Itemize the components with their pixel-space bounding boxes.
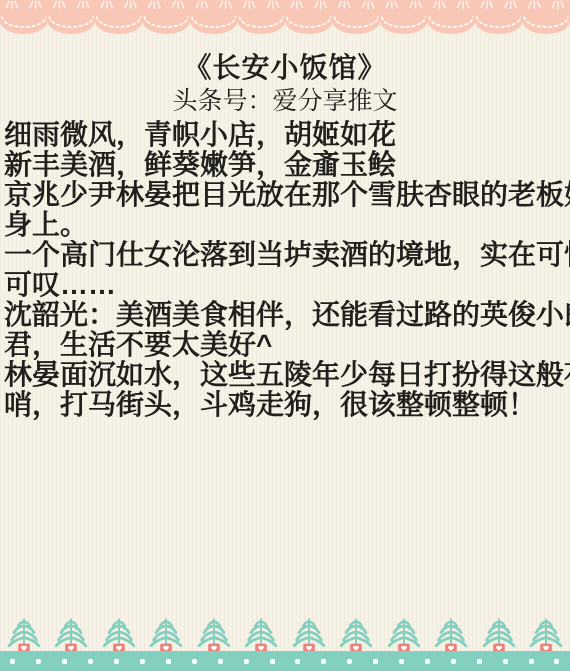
band-dot — [451, 659, 456, 664]
pine-tree-icon — [146, 616, 186, 654]
body-line: 哨，打马街头，斗鸡走狗，很该整顿整顿！ — [4, 390, 570, 420]
band-dot — [192, 659, 197, 664]
body-line: 沈韶光：美酒美食相伴，还能看过路的英俊小郎 — [4, 300, 570, 330]
body-text: 细雨微风，青帜小店，胡姬如花新丰美酒，鲜葵嫩笋，金齑玉鲙京兆少尹林晏把目光放在那… — [4, 120, 570, 420]
pine-tree-icon — [431, 616, 471, 654]
body-line: 一个高门仕女沦落到当垆卖酒的境地，实在可怜 — [4, 240, 570, 270]
header: 《长安小饭馆》 头条号：爱分享推文 — [0, 51, 570, 117]
pine-tree-icon — [194, 616, 234, 654]
band-dot — [321, 659, 326, 664]
pine-tree-icon — [479, 616, 519, 654]
poster-page: 《长安小饭馆》 头条号：爱分享推文 细雨微风，青帜小店，胡姬如花新丰美酒，鲜葵嫩… — [0, 0, 570, 671]
body-line: 可叹…… — [4, 270, 570, 300]
band-dot — [36, 659, 41, 664]
pine-tree-icon — [241, 616, 281, 654]
body-line: 细雨微风，青帜小店，胡姬如花 — [4, 120, 570, 150]
body-line: 身上。 — [4, 210, 570, 240]
band-dot — [295, 659, 300, 664]
pine-tree-icon — [289, 616, 329, 654]
band-dot — [114, 659, 119, 664]
band-dot — [554, 659, 559, 664]
body-line: 君，生活不要太美好^ — [4, 330, 570, 360]
band-dot — [425, 659, 430, 664]
body-line: 新丰美酒，鲜葵嫩笋，金齑玉鲙 — [4, 150, 570, 180]
band-dot — [62, 659, 67, 664]
pine-tree-icon — [384, 616, 424, 654]
pine-tree-icon — [99, 616, 139, 654]
band-dot — [88, 659, 93, 664]
book-title: 《长安小饭馆》 — [0, 51, 570, 85]
band-dot — [503, 659, 508, 664]
band-dot — [347, 659, 352, 664]
pine-tree-icon — [526, 616, 566, 654]
lace-border-icon — [0, 0, 570, 42]
tree-border — [0, 616, 570, 654]
pine-tree-icon — [51, 616, 91, 654]
band-dot — [529, 659, 534, 664]
band-dot — [10, 659, 15, 664]
band-dot — [244, 659, 249, 664]
pine-tree-icon — [336, 616, 376, 654]
bottom-band — [0, 651, 570, 671]
body-line: 林晏面沉如水，这些五陵年少每日打扮得这般花 — [4, 360, 570, 390]
band-dot — [399, 659, 404, 664]
band-dot — [477, 659, 482, 664]
pine-tree-icon — [4, 616, 44, 654]
band-dot — [166, 659, 171, 664]
account-subtitle: 头条号：爱分享推文 — [0, 85, 570, 117]
body-line: 京兆少尹林晏把目光放在那个雪肤杏眼的老板娘 — [4, 180, 570, 210]
band-dot — [373, 659, 378, 664]
band-dot — [270, 659, 275, 664]
band-dot — [218, 659, 223, 664]
band-dot — [140, 659, 145, 664]
